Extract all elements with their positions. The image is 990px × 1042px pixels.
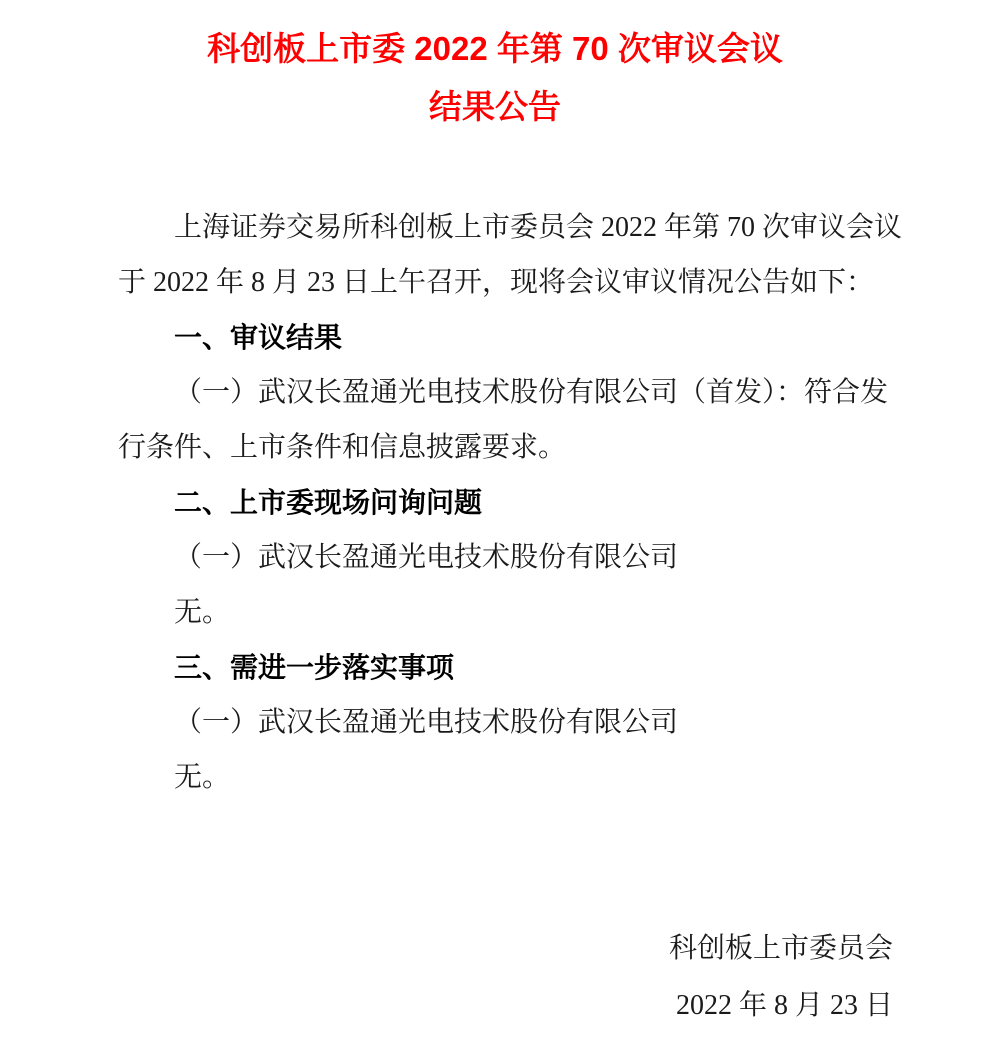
document-title-line-1: 科创板上市委 2022 年第 70 次审议会议 — [0, 20, 990, 78]
body-line-intro-1: 上海证券交易所科创板上市委员会 2022 年第 70 次审议会议 — [118, 200, 880, 255]
signature-date: 2022 年 8 月 23 日 — [0, 977, 893, 1034]
body-line-followup-none: 无。 — [118, 750, 880, 805]
body-line-inquiry-none: 无。 — [118, 585, 880, 640]
document-title-line-2: 结果公告 — [0, 78, 990, 136]
body-line-intro-2: 于 2022 年 8 月 23 日上午召开，现将会议审议情况公告如下： — [118, 255, 880, 310]
document-body: 上海证券交易所科创板上市委员会 2022 年第 70 次审议会议 于 2022 … — [118, 200, 880, 805]
body-line-followup-company: （一）武汉长盈通光电技术股份有限公司 — [118, 695, 880, 750]
section-heading-2: 二、上市委现场问询问题 — [118, 475, 880, 530]
body-line-result-2: 行条件、上市条件和信息披露要求。 — [118, 420, 880, 475]
section-heading-1: 一、审议结果 — [118, 310, 880, 365]
body-line-inquiry-company: （一）武汉长盈通光电技术股份有限公司 — [118, 530, 880, 585]
signature-name: 科创板上市委员会 — [0, 920, 893, 977]
document-title: 科创板上市委 2022 年第 70 次审议会议 结果公告 — [0, 0, 990, 136]
section-heading-3: 三、需进一步落实事项 — [118, 640, 880, 695]
body-line-result-1: （一）武汉长盈通光电技术股份有限公司（首发）：符合发 — [118, 365, 880, 420]
signature-block: 科创板上市委员会 2022 年 8 月 23 日 — [0, 920, 990, 1034]
announcement-document: 科创板上市委 2022 年第 70 次审议会议 结果公告 上海证券交易所科创板上… — [0, 0, 990, 1042]
